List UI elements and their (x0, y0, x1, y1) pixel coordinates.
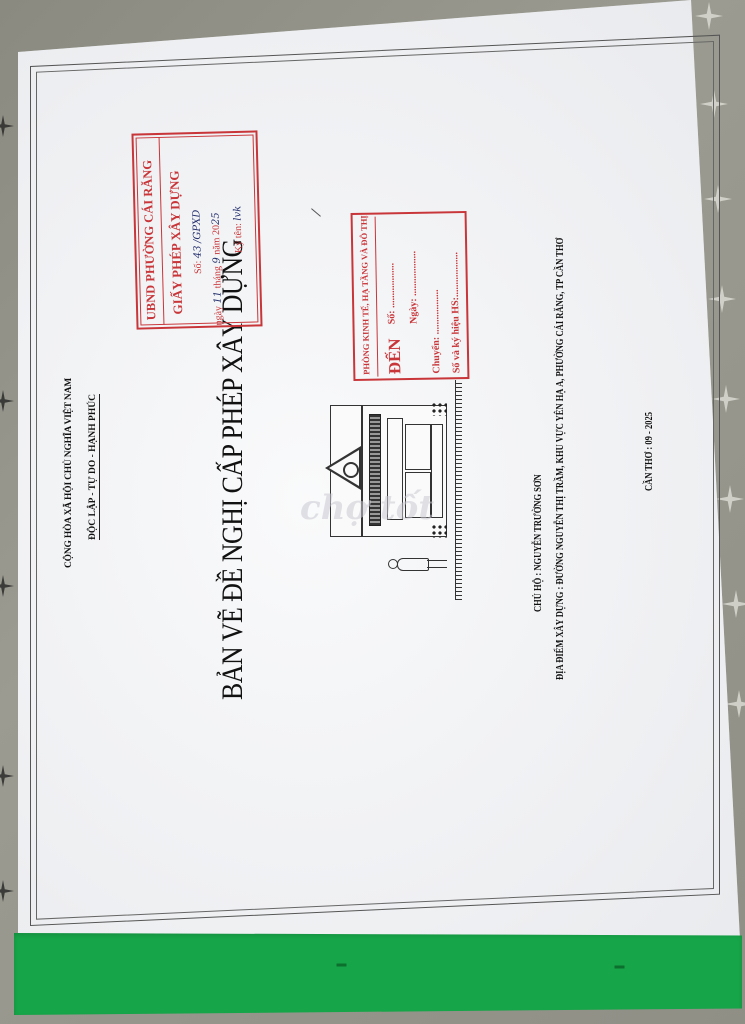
signature-line: Ký tên: lvk (232, 206, 244, 253)
reception-so-ky-hieu: Số và ký hiệu HS:.................. (449, 252, 462, 373)
day-value: 11 (213, 291, 224, 304)
person-scale-figure (388, 556, 450, 572)
permit-number-value: 43 (192, 245, 203, 258)
sign-label: Ký tên: (233, 223, 245, 253)
staple-mark (337, 964, 347, 967)
tray-cutout-decoration (0, 115, 14, 137)
shrub-icon (431, 402, 447, 416)
signature: lvk (232, 206, 243, 221)
reception-chuyen: Chuyển: .................. (430, 289, 442, 373)
door-panel (405, 424, 431, 470)
tray-cutout-decoration (716, 485, 744, 513)
building-permit-stamp: UBND PHƯỜNG CÁI RĂNG GIẤY PHÉP XÂY DỰNG … (131, 130, 262, 329)
permit-number-label: Số: (193, 260, 204, 274)
permit-number: Số: 43 /GPXD (191, 210, 204, 275)
reception-office: PHÒNG KINH TẾ, HẠ TẦNG VÀ ĐÔ THỊ (359, 215, 372, 375)
month-label: tháng (212, 266, 224, 288)
watermark: chợ tốt (300, 488, 434, 528)
person-legs (427, 560, 447, 568)
tray-cutout-decoration (722, 590, 745, 618)
motto-heading: ĐỘC LẬP - TỰ DO - HẠNH PHÚC (88, 394, 100, 540)
stamp-divider (375, 217, 379, 377)
reception-stamp: PHÒNG KINH TẾ, HẠ TẦNG VÀ ĐÔ THỊ ĐẾN Số:… (351, 211, 470, 381)
staple-mark (615, 966, 625, 969)
tray-cutout-decoration (0, 880, 14, 902)
day-label: ngày (213, 306, 225, 326)
month-value: 9 (212, 257, 223, 264)
address-line: ĐỊA ĐIỂM XÂY DỰNG : ĐƯỜNG NGUYỄN THỊ TRẦ… (555, 238, 566, 680)
nation-heading: CỘNG HÒA XÃ HỘI CHỦ NGHĨA VIỆT NAM (64, 378, 74, 568)
tray-cutout-decoration (0, 765, 14, 787)
tray-cutout-decoration (0, 390, 14, 412)
ground-line (455, 380, 462, 600)
gable-ornament (343, 462, 359, 478)
year-label: năm 20 (211, 225, 223, 255)
year-value: 25 (211, 212, 222, 225)
reception-ngay: Ngày: .................. (407, 251, 419, 324)
green-tape-strip (14, 933, 742, 1015)
reception-so: Số: .................. (385, 263, 397, 325)
tray-cutout-decoration (695, 2, 723, 30)
reception-den: ĐẾN (385, 338, 406, 374)
permit-number-suffix: /GPXD (191, 210, 203, 244)
owner-line: CHỦ HỘ : NGUYỄN TRƯỜNG SƠN (533, 474, 544, 612)
tray-cutout-decoration (0, 575, 14, 597)
place-date: CẦN THƠ : 09 - 2025 (644, 412, 655, 491)
person-body (397, 558, 429, 571)
